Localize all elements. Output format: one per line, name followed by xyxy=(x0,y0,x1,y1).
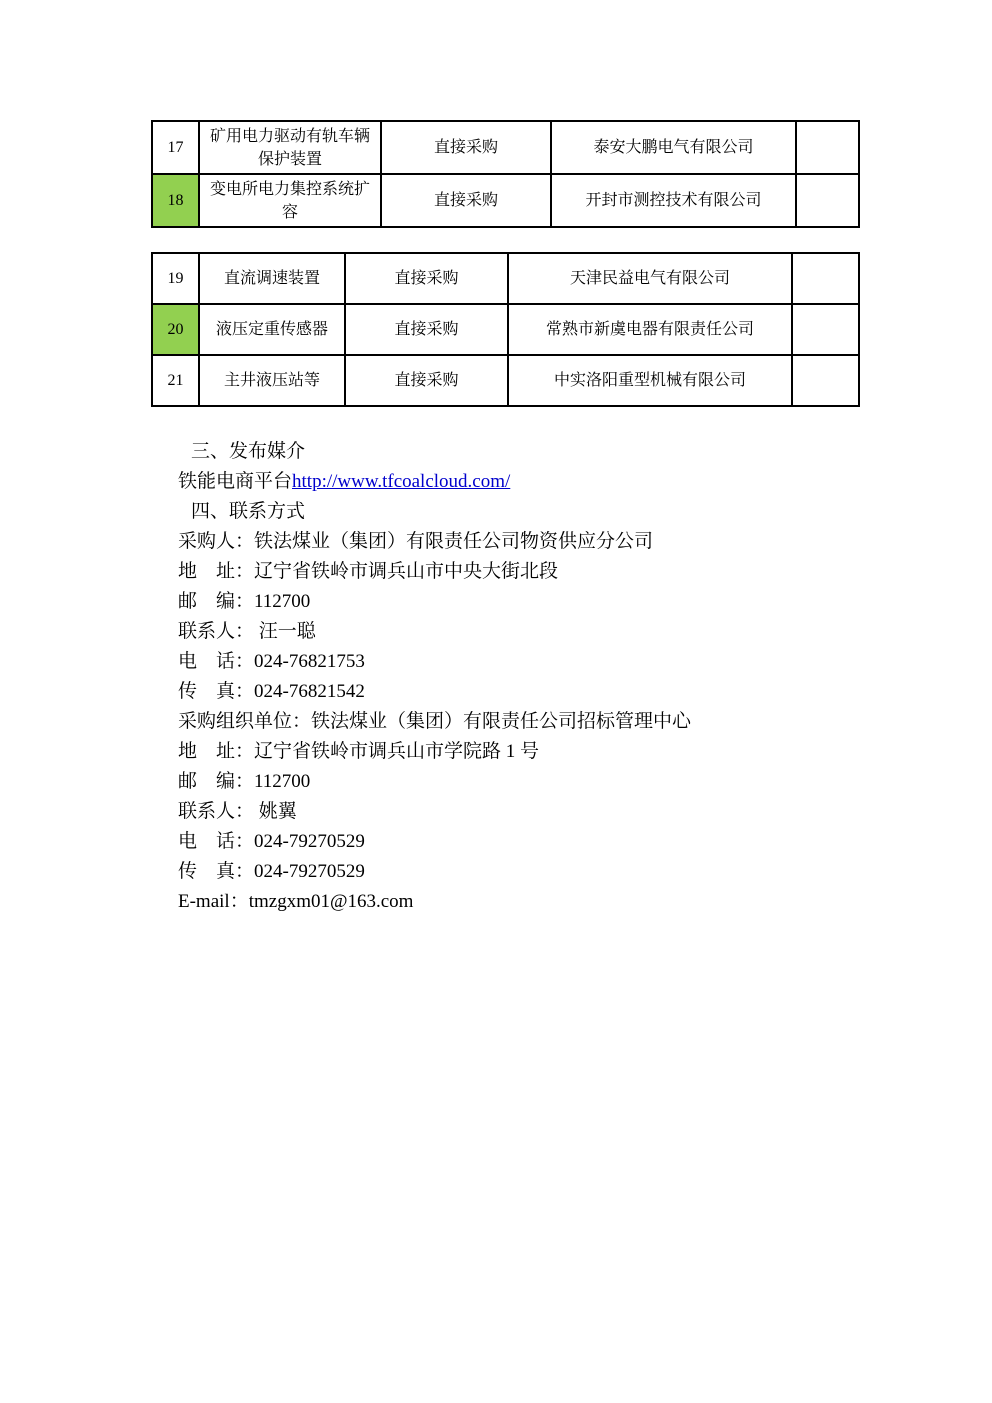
procurement-method-cell: 直接采购 xyxy=(345,253,508,304)
supplier-cell: 开封市测控技术有限公司 xyxy=(551,174,796,227)
remark-cell xyxy=(796,174,859,227)
procurement-method-cell: 直接采购 xyxy=(381,174,551,227)
remark-cell xyxy=(792,355,859,406)
contact-line-phone-2: 电 话：024-79270529 xyxy=(178,827,691,857)
platform-link[interactable]: http://www.tfcoalcloud.com/ xyxy=(292,471,510,492)
procurement-method-cell: 直接采购 xyxy=(345,355,508,406)
text-body: 三、发布媒介 铁能电商平台http://www.tfcoalcloud.com/… xyxy=(178,437,691,917)
contact-line-contact-person: 联系人： 汪一聪 xyxy=(178,617,691,647)
procurement-method-cell: 直接采购 xyxy=(345,304,508,355)
contact-line-phone: 电 话：024-76821753 xyxy=(178,647,691,677)
contact-line-fax-2: 传 真：024-79270529 xyxy=(178,857,691,887)
row-number-cell-highlighted: 18 xyxy=(152,174,199,227)
contact-line-contact-person-2: 联系人： 姚翼 xyxy=(178,797,691,827)
row-number-cell-highlighted: 20 xyxy=(152,304,199,355)
contact-line-purchaser: 采购人：铁法煤业（集团）有限责任公司物资供应分公司 xyxy=(178,527,691,557)
item-name-cell: 液压定重传感器 xyxy=(199,304,345,355)
platform-label: 铁能电商平台 xyxy=(178,471,292,492)
row-number-cell: 21 xyxy=(152,355,199,406)
item-name-cell: 主井液压站等 xyxy=(199,355,345,406)
item-name-cell: 直流调速装置 xyxy=(199,253,345,304)
table-row: 18 变电所电力集控系统扩容 直接采购 开封市测控技术有限公司 xyxy=(152,174,859,227)
procurement-method-cell: 直接采购 xyxy=(381,121,551,174)
contact-line-fax: 传 真：024-76821542 xyxy=(178,677,691,707)
media-section-heading: 三、发布媒介 xyxy=(178,437,691,467)
contact-line-address: 地 址：辽宁省铁岭市调兵山市中央大街北段 xyxy=(178,557,691,587)
contact-line-address-2: 地 址：辽宁省铁岭市调兵山市学院路 1 号 xyxy=(178,737,691,767)
supplier-cell: 泰安大鹏电气有限公司 xyxy=(551,121,796,174)
item-name-cell: 矿用电力驱动有轨车辆保护装置 xyxy=(199,121,381,174)
table-row: 21 主井液压站等 直接采购 中实洛阳重型机械有限公司 xyxy=(152,355,859,406)
table-row: 20 液压定重传感器 直接采购 常熟市新虞电器有限责任公司 xyxy=(152,304,859,355)
table-row: 17 矿用电力驱动有轨车辆保护装置 直接采购 泰安大鹏电气有限公司 xyxy=(152,121,859,174)
remark-cell xyxy=(792,304,859,355)
remark-cell xyxy=(796,121,859,174)
procurement-table-2: 19 直流调速装置 直接采购 天津民益电气有限公司 20 液压定重传感器 直接采… xyxy=(151,252,860,407)
contact-line-email: E-mail：tmzgxm01@163.com xyxy=(178,887,691,917)
document-page: 17 矿用电力驱动有轨车辆保护装置 直接采购 泰安大鹏电气有限公司 18 变电所… xyxy=(0,0,992,1403)
supplier-cell: 中实洛阳重型机械有限公司 xyxy=(508,355,792,406)
item-name-cell: 变电所电力集控系统扩容 xyxy=(199,174,381,227)
contact-line-organizer: 采购组织单位：铁法煤业（集团）有限责任公司招标管理中心 xyxy=(178,707,691,737)
procurement-table-1: 17 矿用电力驱动有轨车辆保护装置 直接采购 泰安大鹏电气有限公司 18 变电所… xyxy=(151,120,860,228)
row-number-cell: 19 xyxy=(152,253,199,304)
contact-section-heading: 四、联系方式 xyxy=(178,497,691,527)
remark-cell xyxy=(792,253,859,304)
row-number-cell: 17 xyxy=(152,121,199,174)
supplier-cell: 常熟市新虞电器有限责任公司 xyxy=(508,304,792,355)
contact-line-postcode: 邮 编：112700 xyxy=(178,587,691,617)
contact-line-postcode-2: 邮 编：112700 xyxy=(178,767,691,797)
table-row: 19 直流调速装置 直接采购 天津民益电气有限公司 xyxy=(152,253,859,304)
supplier-cell: 天津民益电气有限公司 xyxy=(508,253,792,304)
media-platform-line: 铁能电商平台http://www.tfcoalcloud.com/ xyxy=(178,467,691,497)
